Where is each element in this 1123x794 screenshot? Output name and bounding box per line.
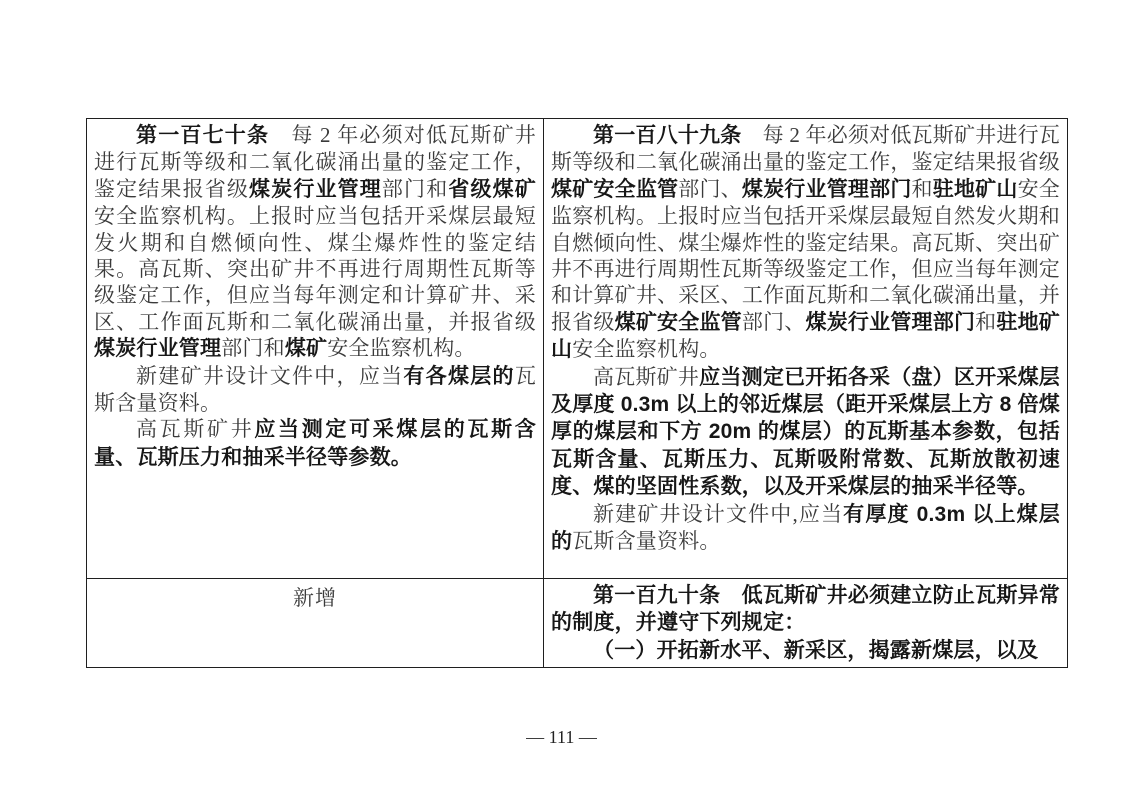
emphasized-text-run: 驻地矿山 [933, 178, 1018, 201]
table-row-new-article-190: 新增 第一百九十条 低瓦斯矿井必须建立防止瓦斯异常的制度，并遵守下列规定：（一）… [87, 579, 1068, 668]
text-run: 部门、 [678, 177, 742, 201]
emphasized-text-run: 煤矿安全监管 [615, 311, 742, 334]
emphasized-text-run: 煤炭行业管理部门 [806, 311, 976, 334]
new-version-cell-article-189: 第一百八十九条 每 2 年必须对低瓦斯矿井进行瓦斯等级和二氧化碳涌出量的鉴定工作… [544, 119, 1068, 579]
paragraph: 高瓦斯矿井应当测定可采煤层的瓦斯含量、瓦斯压力和抽采半径等参数。 [94, 416, 536, 471]
text-run: 瓦斯含量资料。 [572, 529, 720, 553]
text-run: 安全监察机构。上报时应当包括开采煤层最短发火期和自燃倾向性、煤尘爆炸性的鉴定结果… [94, 204, 536, 334]
paragraph: 第一百七十条 每 2 年必须对低瓦斯矿井进行瓦斯等级和二氧化碳涌出量的鉴定工作，… [94, 122, 536, 363]
emphasized-text-run: （一）开拓新水平、新采区，揭露新煤层，以及 [593, 639, 1038, 662]
paragraph: 第一百九十条 低瓦斯矿井必须建立防止瓦斯异常的制度，并遵守下列规定： [551, 582, 1060, 637]
text-run: 安全监察机构。 [572, 337, 720, 361]
emphasized-text-run: 第一百七十条 [136, 124, 269, 147]
text-run: 部门和 [221, 336, 285, 360]
paragraph: （一）开拓新水平、新采区，揭露新煤层，以及 [551, 637, 1060, 664]
emphasized-text-run: 煤矿安全监管 [551, 178, 678, 201]
text-run: 部门和 [382, 177, 448, 201]
page-number: — 111 — [0, 727, 1123, 748]
text-run: 新建矿井设计文件中，应当 [136, 364, 403, 388]
text-run: 高瓦斯矿井 [593, 365, 699, 389]
regulation-comparison-table: 第一百七十条 每 2 年必须对低瓦斯矿井进行瓦斯等级和二氧化碳涌出量的鉴定工作，… [86, 118, 1068, 668]
emphasized-text-run: 第一百八十九条 [593, 124, 741, 147]
table-row-article-170-vs-189: 第一百七十条 每 2 年必须对低瓦斯矿井进行瓦斯等级和二氧化碳涌出量的鉴定工作，… [87, 119, 1068, 579]
paragraph: 高瓦斯矿井应当测定已开拓各采（盘）区开采煤层及厚度 0.3m 以上的邻近煤层（距… [551, 364, 1060, 501]
text-run: 新建矿井设计文件中,应当 [593, 502, 843, 526]
old-version-cell-article-170: 第一百七十条 每 2 年必须对低瓦斯矿井进行瓦斯等级和二氧化碳涌出量的鉴定工作，… [87, 119, 544, 579]
text-run: 和 [975, 310, 996, 334]
document-page: 第一百七十条 每 2 年必须对低瓦斯矿井进行瓦斯等级和二氧化碳涌出量的鉴定工作，… [0, 0, 1123, 794]
new-added-label: 新增 [293, 586, 337, 610]
emphasized-text-run: 第一百九十条 低瓦斯矿井必须建立防止瓦斯异常的制度，并遵守下列规定： [551, 584, 1060, 634]
text-run: 和 [912, 177, 933, 201]
new-version-cell-article-190: 第一百九十条 低瓦斯矿井必须建立防止瓦斯异常的制度，并遵守下列规定：（一）开拓新… [544, 579, 1068, 668]
paragraph: 新建矿井设计文件中，应当有各煤层的瓦斯含量资料。 [94, 363, 536, 417]
emphasized-text-run: 煤炭行业管理部门 [742, 178, 912, 201]
text-run: 部门、 [742, 310, 806, 334]
paragraph: 新建矿井设计文件中,应当有厚度 0.3m 以上煤层的瓦斯含量资料。 [551, 501, 1060, 556]
paragraph: 第一百八十九条 每 2 年必须对低瓦斯矿井进行瓦斯等级和二氧化碳涌出量的鉴定工作… [551, 122, 1060, 364]
emphasized-text-run: 省级煤矿 [448, 178, 536, 201]
old-version-cell-new-added: 新增 [87, 579, 544, 668]
text-run: 高瓦斯矿井 [136, 417, 254, 441]
text-run: 安全监察机构。 [327, 336, 475, 360]
emphasized-text-run: 煤炭行业管理 [94, 337, 221, 360]
emphasized-text-run: 煤炭行业管理 [249, 178, 382, 201]
emphasized-text-run: 煤矿 [285, 337, 327, 360]
emphasized-text-run: 有各煤层的 [403, 365, 514, 388]
